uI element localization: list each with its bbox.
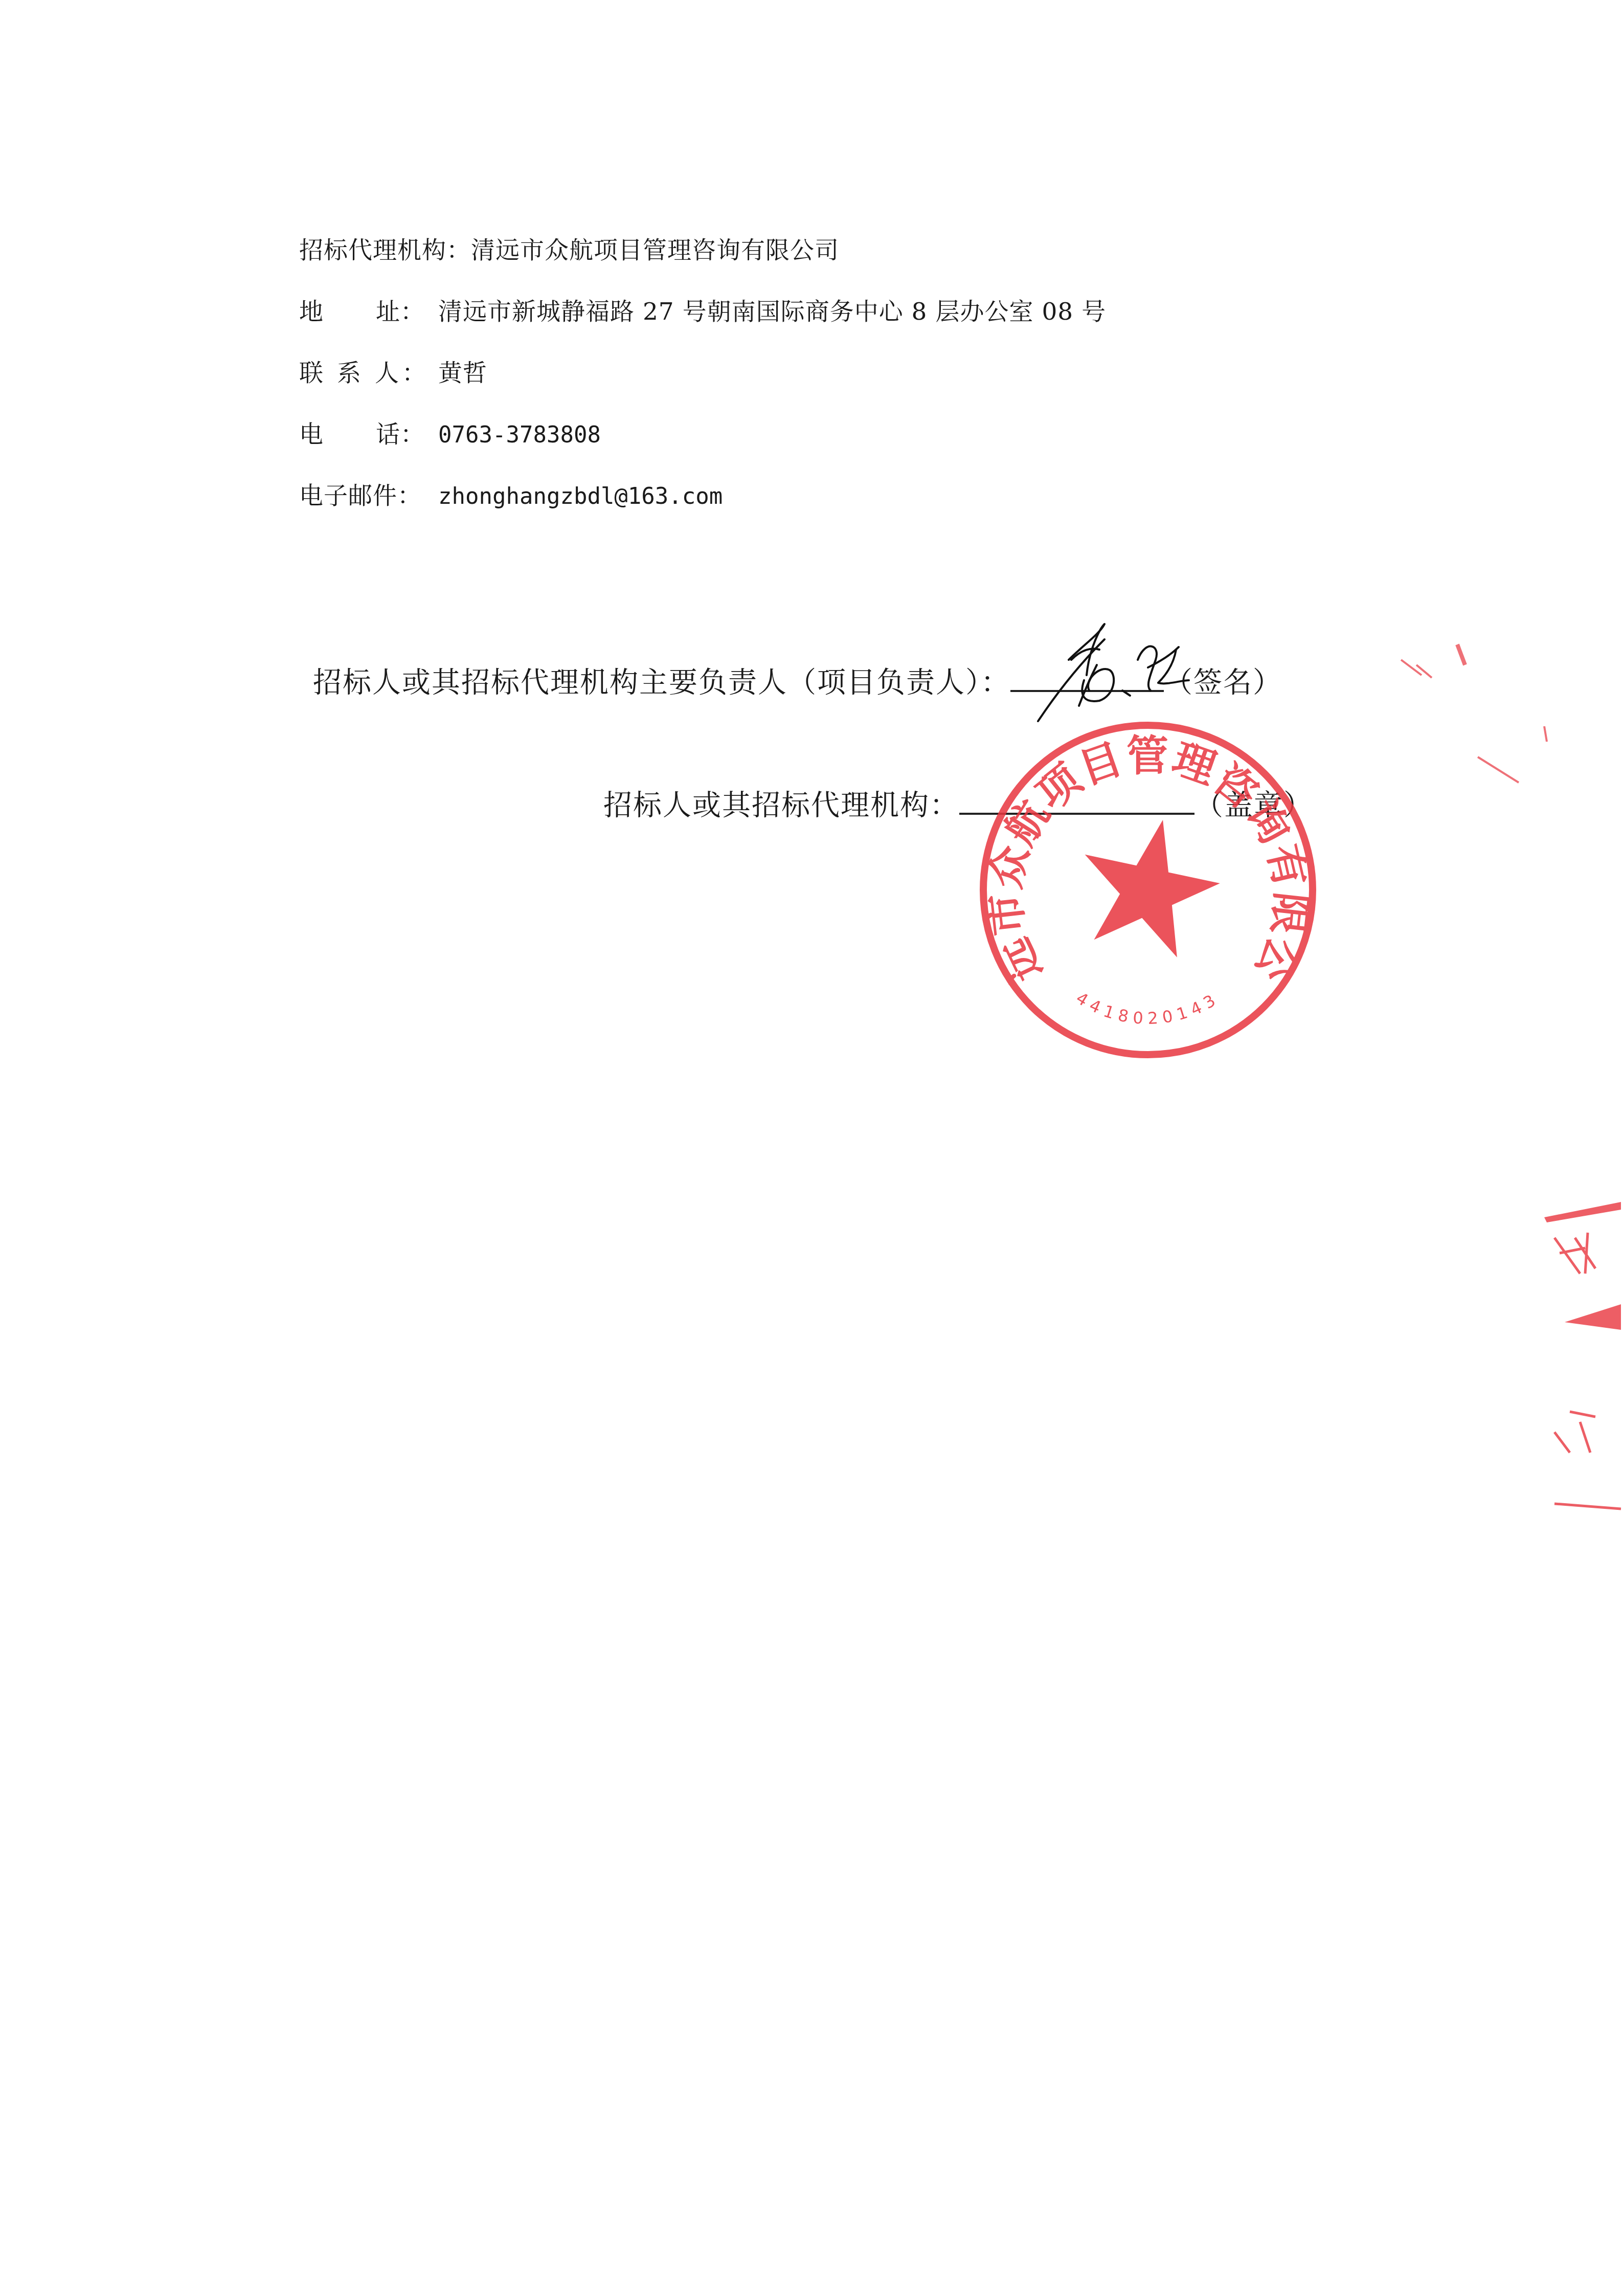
agency-line: 招标代理机构：清远市众航项目管理咨询有限公司 xyxy=(299,235,839,266)
phone-line: 电话：0763-3783808 xyxy=(299,419,601,451)
svg-text:4418020143: 4418020143 xyxy=(1073,988,1223,1028)
agency-label: 招标代理机构： xyxy=(299,235,471,266)
address-label-1: 地 xyxy=(299,297,376,327)
stamp-number: 4418020143 xyxy=(1073,988,1223,1028)
email-value: zhonghangzbdl@163.com xyxy=(438,481,723,512)
address-value: 清远市新城静福路 27 号朝南国际商务中心 8 层办公室 08 号 xyxy=(438,297,1106,327)
email-line: 电子邮件：zhonghangzbdl@163.com xyxy=(299,481,723,512)
phone-label-1: 电 xyxy=(299,419,376,450)
organization-label: 招标人或其招标代理机构： xyxy=(603,789,959,822)
agency-value: 清远市众航项目管理咨询有限公司 xyxy=(471,235,839,266)
phone-value: 0763-3783808 xyxy=(438,420,601,451)
phone-label-2: 话： xyxy=(376,419,438,450)
stamp-fragment-right-edge xyxy=(1539,1176,1623,1524)
svg-text:清远市众航项目管理咨询有限公司: 清远市众航项目管理咨询有限公司 xyxy=(972,714,1316,990)
responsible-person-label: 招标人或其招标代理机构主要负责人（项目负责人）： xyxy=(313,666,1010,699)
stamp-text: 清远市众航项目管理咨询有限公司 xyxy=(972,714,1316,990)
email-label: 电子邮件： xyxy=(299,481,438,511)
stamp-fragment-top-right xyxy=(1396,639,1549,793)
contact-person-label: 联 系 人： xyxy=(299,358,438,389)
contact-person-value: 黄哲 xyxy=(438,358,487,389)
address-label-2: 址： xyxy=(376,297,438,327)
document-page: 招标代理机构：清远市众航项目管理咨询有限公司 地址：清远市新城静福路 27 号朝… xyxy=(0,0,1623,2296)
address-line: 地址：清远市新城静福路 27 号朝南国际商务中心 8 层办公室 08 号 xyxy=(299,297,1106,327)
contact-person-line: 联 系 人：黄哲 xyxy=(299,358,487,389)
company-seal-stamp: 清远市众航项目管理咨询有限公司 4418020143 xyxy=(972,714,1324,1066)
